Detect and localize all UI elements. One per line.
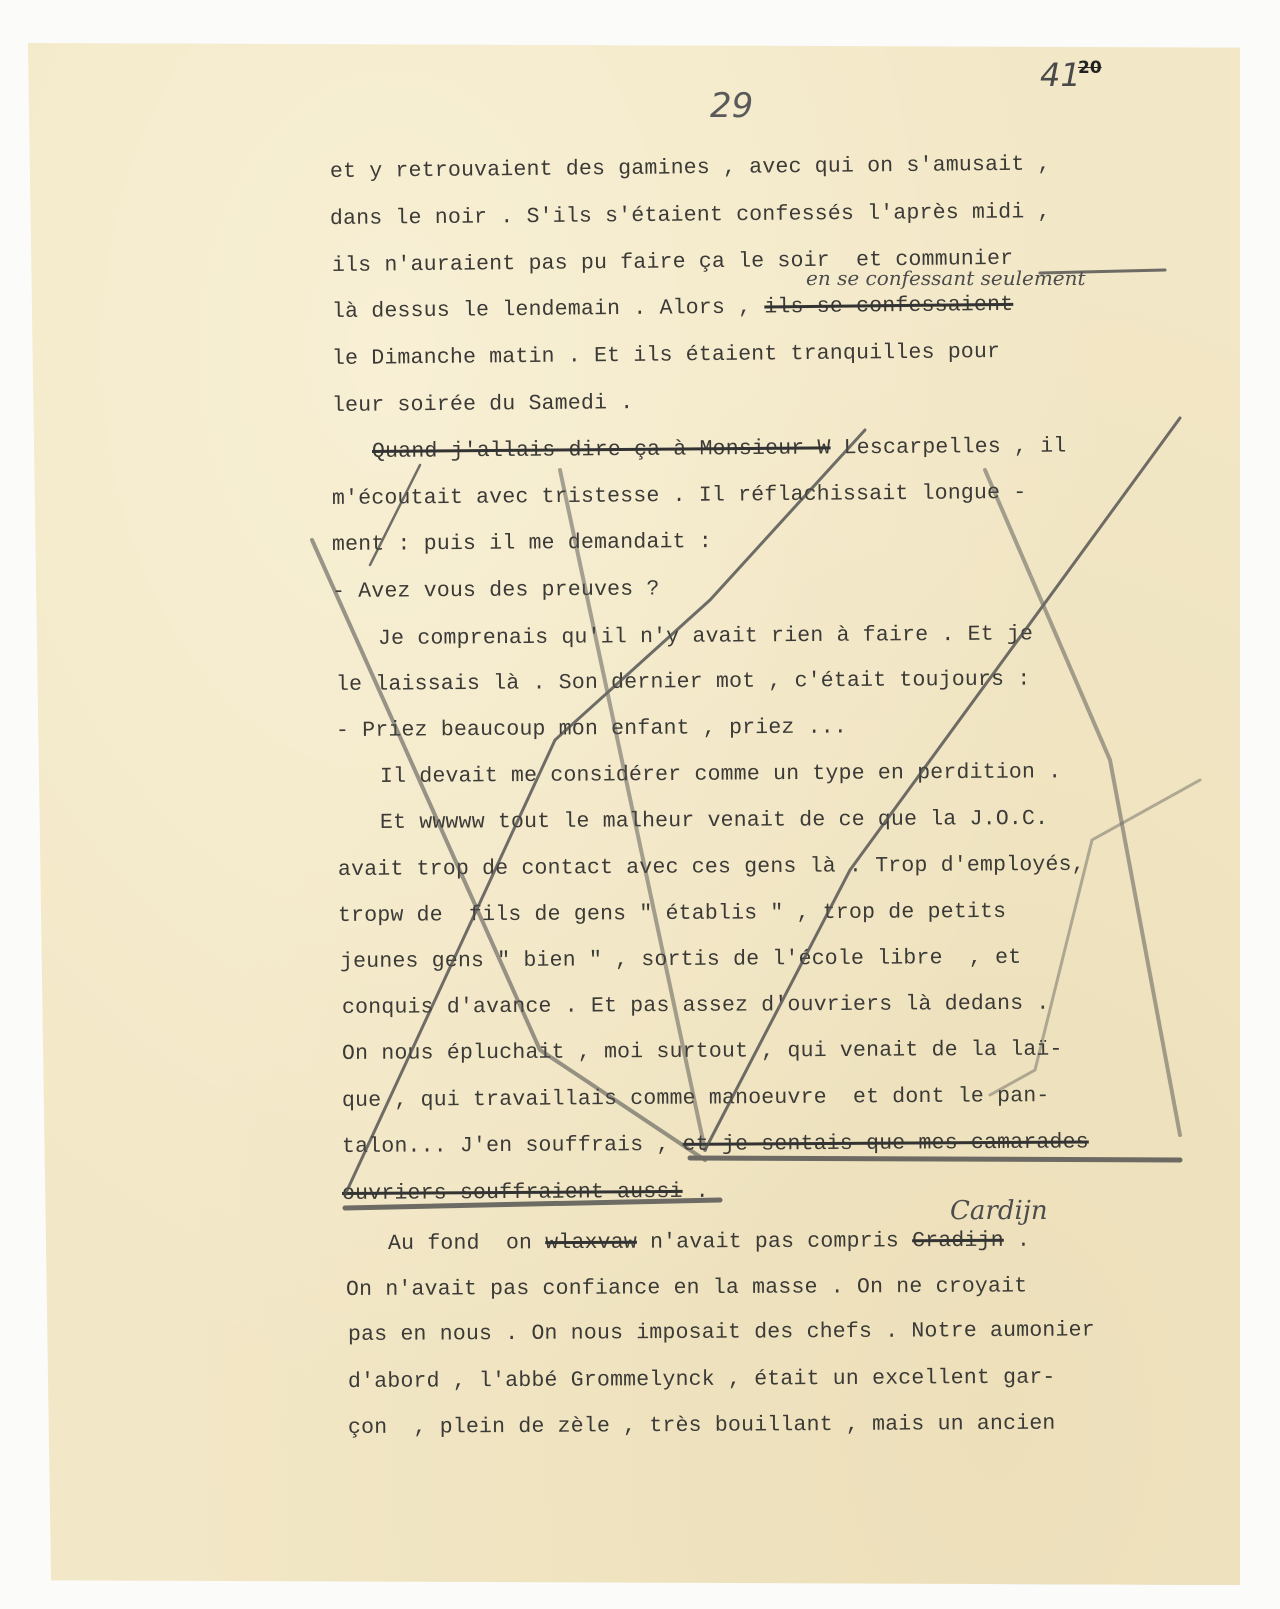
line-text: conquis d'avance . Et pas assez d'ouvrie… [342,992,1050,1020]
typed-line: Au fond on wlaxvaw n'avait pas compris C… [388,1229,1030,1256]
line-text: Je comprenais qu'il n'y avait rien à fai… [378,622,1033,651]
typed-line: leur soirée du Samedi . [332,391,634,418]
typed-line: Je comprenais qu'il n'y avait rien à fai… [378,622,1033,651]
handwritten-correction: Cardijn [950,1196,1048,1226]
handwritten-insertion: en se confessant seulement [806,266,1086,290]
line-text: ment : puis il me demandait : [332,530,712,557]
typed-line: On n'avait pas confiance en la masse . O… [346,1274,1027,1302]
line-text: pas en nous . On nous imposait des chefs… [348,1318,1095,1347]
line-text: Lescarpelles , il [830,435,1066,461]
line-text: On nous épluchait , moi surtout , qui ve… [342,1038,1063,1066]
line-text: là dessus le lendemain . Alors , [332,295,765,324]
typed-line: On nous épluchait , moi surtout , qui ve… [342,1038,1063,1066]
typed-line: ment : puis il me demandait : [332,530,712,557]
line-text: d'abord , l'abbé Grommelynck , était un … [348,1366,1056,1394]
typed-line: - Priez beaucoup mon enfant , priez ... [336,715,847,743]
struck-text: Cradijn [912,1229,1004,1253]
line-text: talon... J'en souffrais , [342,1133,683,1159]
typed-line: d'abord , l'abbé Grommelynck , était un … [348,1366,1056,1394]
struck-page-number: 20 [1078,58,1102,78]
typed-line: Il devait me considérer comme un type en… [380,760,1061,789]
typed-line: ouvriers souffraient aussi . [342,1180,709,1206]
typed-line: tropw de fils de gens " établis " , trop… [338,900,1006,928]
struck-text: wlaxvaw [545,1231,637,1255]
line-text: . [1004,1229,1030,1253]
typed-line: Et wwwww tout le malheur venait de ce qu… [380,807,1048,835]
line-text: Et wwwww tout le malheur venait de ce qu… [380,807,1048,835]
handwritten-page-number: 41 [1040,56,1081,94]
typed-line: conquis d'avance . Et pas assez d'ouvrie… [342,992,1050,1020]
line-text: Il devait me considérer comme un type en… [380,760,1061,789]
typed-line: que , qui travaillais comme manoeuvre et… [342,1084,1050,1113]
line-text: . [683,1180,709,1204]
typed-line: pas en nous . On nous imposait des chefs… [348,1318,1095,1347]
struck-text: Quand j'allais dire ça à Monsieur W [372,436,831,464]
line-text: leur soirée du Samedi . [332,391,634,418]
struck-text: ouvriers souffraient aussi [342,1180,683,1206]
struck-text: ils se confessaient [764,293,1013,320]
line-text: - Avez vous des preuves ? [332,577,660,604]
typed-line: jeunes gens " bien " , sortis de l'école… [340,946,1021,974]
line-text: n'avait pas compris [637,1229,912,1254]
typed-line: talon... J'en souffrais , et je sentais … [342,1130,1089,1159]
line-text: jeunes gens " bien " , sortis de l'école… [340,946,1021,974]
line-text: - Priez beaucoup mon enfant , priez ... [336,715,847,743]
typed-line: çon , plein de zèle , très bouillant , m… [348,1412,1056,1440]
center-page-number: 29 [710,86,753,126]
line-text: çon , plein de zèle , très bouillant , m… [348,1412,1056,1440]
line-text: tropw de fils de gens " établis " , trop… [338,900,1006,928]
line-text: Au fond on [388,1231,545,1256]
line-text: que , qui travaillais comme manoeuvre et… [342,1084,1050,1113]
struck-text: et je sentais que mes camarades [683,1130,1089,1156]
typed-line: - Avez vous des preuves ? [332,577,660,604]
line-text: On n'avait pas confiance en la masse . O… [346,1274,1027,1302]
